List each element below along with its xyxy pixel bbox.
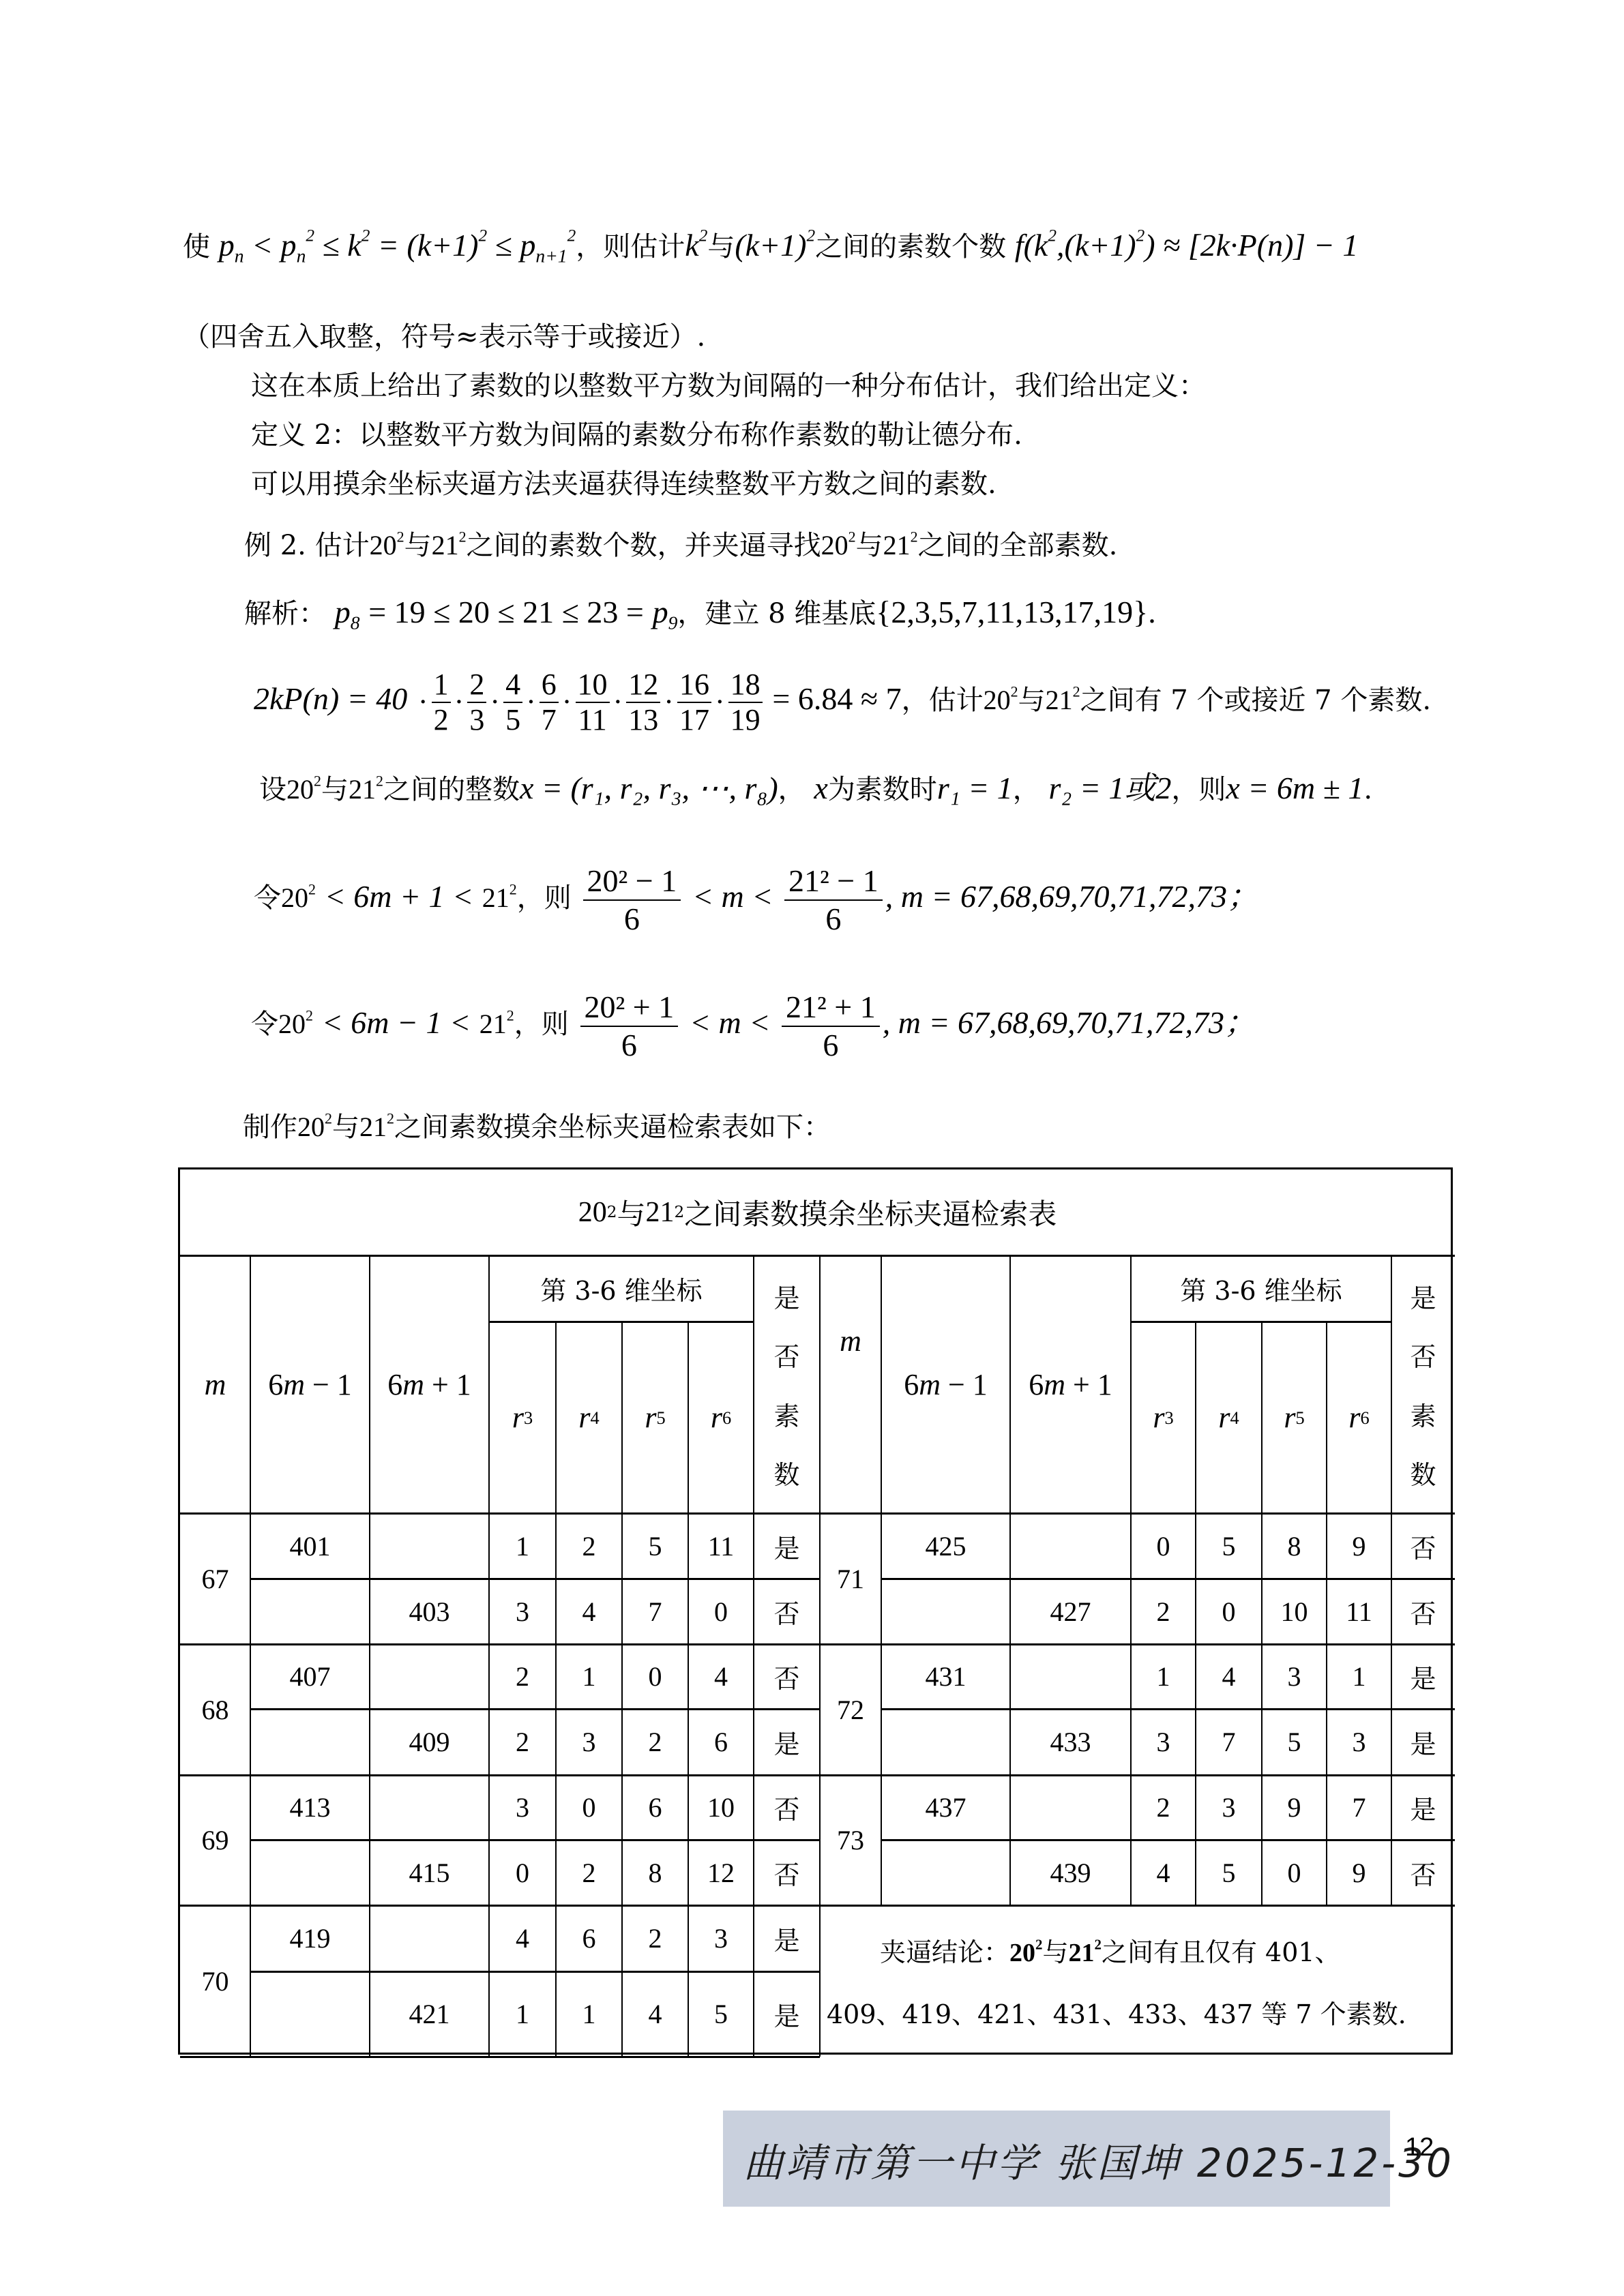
table-rule xyxy=(1261,1644,1263,1775)
multiply-dot: · xyxy=(527,665,535,740)
cell-r6: 5 xyxy=(688,1971,754,2057)
table-rule xyxy=(1195,1644,1196,1775)
inequality-chain: pn < pn2 ≤ k2 = (k+1)2 ≤ pn+12 xyxy=(219,228,576,263)
table-rule xyxy=(621,1775,623,1905)
math: x = 6m ± 1 xyxy=(1226,771,1363,805)
cell-r3: 0 xyxy=(1131,1513,1196,1579)
table-rule xyxy=(1195,1775,1196,1905)
text: 与 xyxy=(856,530,883,561)
text: 之间的全部素数. xyxy=(918,530,1118,561)
fraction: 21² + 16 xyxy=(782,989,880,1064)
cell-r3: 0 xyxy=(489,1840,556,1905)
fraction: 23 xyxy=(467,668,486,737)
cell-r3: 1 xyxy=(489,1513,556,1579)
math: p9 xyxy=(653,595,678,629)
cell-6m-plus-1 xyxy=(370,1644,489,1709)
header-6m-minus-1: 6m − 1 xyxy=(881,1255,1010,1513)
header-r6: r6 xyxy=(688,1322,754,1513)
group-m-value: 71 xyxy=(820,1513,881,1644)
math: < m < xyxy=(690,1005,770,1040)
table-rule xyxy=(621,1322,623,1513)
table-rule xyxy=(488,1513,490,1644)
cell-r3: 3 xyxy=(489,1579,556,1644)
fraction: 1011 xyxy=(576,668,610,737)
prime-chain: = 19 ≤ 20 ≤ 21 ≤ 23 = xyxy=(368,595,644,629)
fraction: 20² + 16 xyxy=(580,989,679,1064)
text: ，则估计 xyxy=(576,231,685,263)
cell-is-prime: 是 xyxy=(754,1971,820,2057)
table-rule xyxy=(753,1255,754,1513)
cell-r6: 6 xyxy=(688,1709,754,1775)
table-rule xyxy=(1391,1775,1392,1905)
header-is-prime: 是否素数 xyxy=(1391,1255,1455,1513)
ling-inequality-1: 令202 < 6m + 1 < 212，则 20² − 16 < m < 21²… xyxy=(254,856,1258,939)
table-rule xyxy=(1009,1255,1011,1513)
table-rule xyxy=(1130,1513,1132,1644)
header-6m-plus-1: 6m + 1 xyxy=(1010,1255,1131,1513)
cell-r4: 4 xyxy=(1196,1644,1262,1709)
cell-6m-plus-1: 439 xyxy=(1010,1840,1131,1905)
group-m-value: 69 xyxy=(180,1775,250,1905)
cell-r5: 3 xyxy=(1262,1644,1327,1709)
cell-is-prime: 否 xyxy=(754,1840,820,1905)
table-rule xyxy=(753,1905,754,2057)
table-rule xyxy=(250,1775,251,1905)
product-fractions: ·12·23·45·67·1011·1213·1617·1819 xyxy=(416,685,764,716)
definition-text: 以整数平方数为间隔的素数分布称作素数的勒让德分布. xyxy=(359,419,1022,451)
math: 212 xyxy=(432,530,467,561)
cell-r5: 0 xyxy=(622,1644,688,1709)
table-rule xyxy=(250,1971,820,1973)
cell-r6: 10 xyxy=(688,1775,754,1840)
cell-r5: 8 xyxy=(1262,1513,1327,1579)
text: ，则 xyxy=(517,882,572,914)
table-rule xyxy=(488,1255,490,1513)
table-rule xyxy=(555,1513,557,1644)
cell-r6: 11 xyxy=(1327,1579,1391,1644)
table-rule xyxy=(1391,1255,1392,1513)
cell-6m-plus-1 xyxy=(1010,1775,1131,1840)
text: 与 xyxy=(332,1112,359,1143)
table-rule xyxy=(555,1775,557,1905)
text: 与 xyxy=(404,530,432,561)
text: 制作 xyxy=(243,1112,297,1143)
table-rule xyxy=(753,1513,754,1644)
cell-is-prime: 是 xyxy=(1391,1709,1455,1775)
cell-r5: 8 xyxy=(622,1840,688,1905)
table-rule xyxy=(1261,1513,1263,1644)
cell-r3: 3 xyxy=(489,1775,556,1840)
table-rule xyxy=(881,1775,882,1905)
math: p8 xyxy=(335,595,360,629)
cell-r5: 10 xyxy=(1262,1579,1327,1644)
text: 与 xyxy=(1018,685,1046,716)
cell-is-prime: 否 xyxy=(1391,1513,1455,1579)
cell-is-prime: 是 xyxy=(1391,1775,1455,1840)
fraction: 12 xyxy=(432,668,451,737)
table-rule xyxy=(488,1775,490,1905)
fraction: 21² − 16 xyxy=(784,863,883,938)
cell-r6: 11 xyxy=(688,1513,754,1579)
header-is-prime: 是否素数 xyxy=(754,1255,820,1513)
prime-search-table: 202与212之间素数摸余坐标夹逼检索表m6m − 16m + 1第 3-6 维… xyxy=(178,1167,1453,2055)
table-rule xyxy=(369,1775,370,1905)
header-r3: r3 xyxy=(1131,1322,1196,1513)
vector-definition: 设202与212之间的整数x = (r₁, r₂, r₃, ⋯, r₈)， x为… xyxy=(259,769,1372,809)
cell-r4: 0 xyxy=(556,1775,622,1840)
table-rule xyxy=(250,1578,820,1580)
table-rule xyxy=(881,1839,1455,1841)
text: 之间有 7 个或接近 7 个素数. xyxy=(1080,685,1431,716)
signature-image: 曲靖市第一中学 张国坤 2025-12-30 xyxy=(723,2111,1390,2207)
m-values: , m = 67,68,69,70,71,72,73； xyxy=(885,879,1258,914)
cell-6m-minus-1 xyxy=(250,1709,370,1775)
cell-is-prime: 是 xyxy=(754,1905,820,1971)
paragraph-method: 可以用摸余坐标夹逼方法夹逼获得连续整数平方数之间的素数. xyxy=(251,465,996,503)
math: 202 xyxy=(821,530,856,561)
text: 之间的整数 xyxy=(383,774,520,805)
cell-r6: 1 xyxy=(1327,1644,1391,1709)
table-rule xyxy=(621,1513,623,1644)
text: ，建立 8 维基底 xyxy=(677,598,876,629)
product-estimate: 2kP(n) = 40 ·12·23·45·67·1011·1213·1617·… xyxy=(254,661,1431,740)
cell-r3: 4 xyxy=(489,1905,556,1971)
cell-6m-plus-1: 421 xyxy=(370,1971,489,2057)
table-rule xyxy=(688,1513,689,1644)
cell-r6: 12 xyxy=(688,1840,754,1905)
example-label: 例 2. xyxy=(244,530,306,561)
product-result: = 6.84 ≈ 7 xyxy=(772,681,901,716)
cell-6m-minus-1: 401 xyxy=(250,1513,370,1579)
table-rule xyxy=(1391,1513,1392,1644)
table-rule xyxy=(1326,1513,1327,1644)
table-rule xyxy=(621,1644,623,1775)
math: 202 xyxy=(370,530,404,561)
cell-6m-minus-1 xyxy=(881,1709,1010,1775)
estimate-formula: f(k2,(k+1)2) ≈ [2k·P(n)] − 1 xyxy=(1015,228,1359,263)
solution-label: 解析： xyxy=(244,598,326,629)
table-rule xyxy=(488,1905,490,2057)
group-m-value: 67 xyxy=(180,1513,250,1644)
text: 之间素数摸余坐标夹逼检索表如下： xyxy=(394,1112,831,1143)
cell-r6: 3 xyxy=(1327,1709,1391,1775)
cell-6m-plus-1 xyxy=(1010,1644,1131,1709)
table-rule xyxy=(881,1644,882,1775)
cell-r4: 5 xyxy=(1196,1513,1262,1579)
cell-6m-minus-1 xyxy=(250,1971,370,2057)
text: 为素数时 xyxy=(828,774,937,805)
math: x = (r₁, r₂, r₃, ⋯, r₈) xyxy=(520,771,778,805)
cell-6m-minus-1 xyxy=(881,1840,1010,1905)
page-number: 12 xyxy=(1405,2133,1434,2162)
cell-r4: 0 xyxy=(1196,1579,1262,1644)
text: ，估计 xyxy=(902,685,984,716)
multiply-dot: · xyxy=(455,665,464,740)
table-rule xyxy=(250,1255,251,1513)
cell-is-prime: 否 xyxy=(754,1775,820,1840)
cell-is-prime: 否 xyxy=(754,1579,820,1644)
cell-6m-minus-1: 425 xyxy=(881,1513,1010,1579)
fraction: 20² − 16 xyxy=(583,863,681,938)
header-char: 数 xyxy=(773,1454,799,1491)
table-rule xyxy=(688,1644,689,1775)
cell-r4: 7 xyxy=(1196,1709,1262,1775)
cell-6m-minus-1 xyxy=(881,1579,1010,1644)
cell-r3: 1 xyxy=(489,1971,556,2057)
text: 令 xyxy=(254,882,281,914)
text: 之间的素数个数，并夹逼寻找 xyxy=(467,530,821,561)
cell-is-prime: 否 xyxy=(754,1644,820,1709)
math: k2 xyxy=(685,228,707,263)
table-title: 202与212之间素数摸余坐标夹逼检索表 xyxy=(180,1169,1455,1255)
table-rule xyxy=(1195,1322,1196,1513)
cell-r4: 2 xyxy=(556,1513,622,1579)
conclusion-line-1: 夹逼结论：202与212之间有且仅有 401、 xyxy=(827,1931,1341,1969)
table-rule xyxy=(250,1708,820,1710)
cell-r3: 1 xyxy=(1131,1644,1196,1709)
math: r₁ = 1 xyxy=(937,771,1013,805)
multiply-dot: · xyxy=(614,665,623,740)
table-rule xyxy=(688,1905,689,2057)
formula-line-1: 使 pn < pn2 ≤ k2 = (k+1)2 ≤ pn+12，则估计k2与(… xyxy=(183,226,1358,266)
group-m-value: 72 xyxy=(820,1644,881,1775)
text: 使 xyxy=(183,231,210,263)
math: (k+1)2 xyxy=(735,228,815,263)
cell-r3: 3 xyxy=(1131,1709,1196,1775)
cell-r6: 0 xyxy=(688,1579,754,1644)
text: 与 xyxy=(321,774,349,805)
conclusion-cell: 夹逼结论：202与212之间有且仅有 401、409、419、421、431、4… xyxy=(820,1905,1455,2057)
table-rule xyxy=(250,1644,251,1775)
definition-label: 定义 2： xyxy=(251,419,359,451)
fraction: 1617 xyxy=(677,668,711,737)
text: 令 xyxy=(251,1009,278,1040)
table-rule xyxy=(881,1255,882,1513)
table-rule xyxy=(1009,1644,1011,1775)
table-rule xyxy=(1261,1775,1263,1905)
math: x xyxy=(814,771,827,805)
header-coord-group: 第 3-6 维坐标 xyxy=(489,1255,754,1322)
cell-6m-plus-1 xyxy=(370,1775,489,1840)
header-m: m xyxy=(820,1255,881,1513)
cell-6m-minus-1: 413 xyxy=(250,1775,370,1840)
header-r5: r5 xyxy=(622,1322,688,1513)
cell-r3: 2 xyxy=(1131,1775,1196,1840)
table-rule xyxy=(180,2056,820,2058)
cell-r3: 2 xyxy=(489,1644,556,1709)
table-rule xyxy=(621,1905,623,2057)
table-rule xyxy=(1391,1644,1392,1775)
cell-r4: 1 xyxy=(556,1644,622,1709)
table-rule xyxy=(369,1513,370,1644)
cell-r3: 2 xyxy=(1131,1579,1196,1644)
cell-r4: 6 xyxy=(556,1905,622,1971)
cell-6m-minus-1 xyxy=(250,1579,370,1644)
cell-r3: 4 xyxy=(1131,1840,1196,1905)
math: r₂ = 1或2 xyxy=(1048,771,1171,805)
text: ，则 xyxy=(514,1009,569,1040)
table-rule xyxy=(1326,1322,1327,1513)
cell-is-prime: 是 xyxy=(1391,1644,1455,1709)
table-rule xyxy=(555,1322,557,1513)
math: < 6m − 1 < xyxy=(322,1005,471,1040)
cell-6m-minus-1 xyxy=(250,1840,370,1905)
signature-text: 曲靖市第一中学 张国坤 2025-12-30 xyxy=(743,2131,1454,2188)
header-6m-minus-1: 6m − 1 xyxy=(250,1255,370,1513)
math: < 6m + 1 < xyxy=(325,879,473,914)
definition-2: 定义 2：以整数平方数为间隔的素数分布称作素数的勒让德分布. xyxy=(251,416,1022,454)
table-rule xyxy=(369,1255,370,1513)
table-rule xyxy=(369,1905,370,2057)
cell-r3: 2 xyxy=(489,1709,556,1775)
table-rule xyxy=(250,1839,820,1841)
table-rule xyxy=(753,1775,754,1905)
fraction: 67 xyxy=(540,668,559,737)
table-rule xyxy=(250,1513,251,1644)
group-m-value: 70 xyxy=(180,1905,250,2057)
cell-6m-minus-1: 419 xyxy=(250,1905,370,1971)
fraction: 1213 xyxy=(626,668,660,737)
header-char: 否 xyxy=(1410,1336,1436,1373)
table-rule xyxy=(489,1321,754,1323)
table-rule xyxy=(1261,1322,1263,1513)
table-rule xyxy=(688,1775,689,1905)
product-lhs: 2kP(n) = 40 xyxy=(254,681,407,716)
header-r3: r3 xyxy=(489,1322,556,1513)
multiply-dot: · xyxy=(664,665,673,740)
table-rule xyxy=(369,1644,370,1775)
cell-is-prime: 否 xyxy=(1391,1579,1455,1644)
multiply-dot: · xyxy=(715,665,724,740)
conclusion-line-2: 409、419、421、431、433、437 等 7 个素数. xyxy=(827,1993,1406,2031)
cell-r5: 2 xyxy=(622,1709,688,1775)
cell-r6: 9 xyxy=(1327,1840,1391,1905)
ling-inequality-2: 令202 < 6m − 1 < 212，则 20² + 16 < m < 21²… xyxy=(251,982,1256,1065)
table-rule xyxy=(753,1644,754,1775)
cell-6m-minus-1: 407 xyxy=(250,1644,370,1709)
cell-r5: 9 xyxy=(1262,1775,1327,1840)
cell-6m-plus-1 xyxy=(370,1905,489,1971)
header-coord-group: 第 3-6 维坐标 xyxy=(1131,1255,1391,1322)
table-rule xyxy=(1009,1513,1011,1644)
cell-r5: 5 xyxy=(622,1513,688,1579)
text: 设 xyxy=(259,774,286,805)
text: ， xyxy=(778,774,806,805)
solution-basis: 解析： p8 = 19 ≤ 20 ≤ 21 ≤ 23 = p9，建立 8 维基底… xyxy=(244,593,1156,633)
header-char: 数 xyxy=(1410,1454,1436,1491)
table-rule xyxy=(488,1644,490,1775)
header-r6: r6 xyxy=(1327,1322,1391,1513)
paragraph-rounding-note: （四舍五入取整，符号≈表示等于或接近）. xyxy=(183,318,705,356)
math: < m < xyxy=(692,879,773,914)
header-r4: r4 xyxy=(556,1322,622,1513)
cell-r6: 4 xyxy=(688,1644,754,1709)
table-rule xyxy=(250,1905,251,2057)
table-rule xyxy=(1130,1644,1132,1775)
header-char: 是 xyxy=(773,1277,799,1315)
cell-r4: 5 xyxy=(1196,1840,1262,1905)
table-rule xyxy=(881,1578,1455,1580)
table-rule xyxy=(881,1513,882,1644)
cell-is-prime: 是 xyxy=(754,1709,820,1775)
cell-r5: 0 xyxy=(1262,1840,1327,1905)
header-r5: r5 xyxy=(1262,1322,1327,1513)
table-intro: 制作202与212之间素数摸余坐标夹逼检索表如下： xyxy=(243,1108,831,1146)
cell-r4: 1 xyxy=(556,1971,622,2057)
cell-r6: 7 xyxy=(1327,1775,1391,1840)
cell-r5: 4 xyxy=(622,1971,688,2057)
basis-set: {2,3,5,7,11,13,17,19}. xyxy=(876,595,1155,629)
header-char: 是 xyxy=(1410,1277,1436,1315)
group-m-value: 68 xyxy=(180,1644,250,1775)
cell-r5: 2 xyxy=(622,1905,688,1971)
cell-6m-plus-1 xyxy=(1010,1513,1131,1579)
cell-is-prime: 否 xyxy=(1391,1840,1455,1905)
header-r4: r4 xyxy=(1196,1322,1262,1513)
cell-6m-minus-1: 437 xyxy=(881,1775,1010,1840)
cell-r6: 3 xyxy=(688,1905,754,1971)
cell-r4: 3 xyxy=(1196,1775,1262,1840)
paragraph-distribution: 这在本质上给出了素数的以整数平方数为间隔的一种分布估计，我们给出定义： xyxy=(251,367,1206,405)
text: 之间的素数个数 xyxy=(815,231,1006,263)
header-char: 素 xyxy=(773,1395,799,1433)
cell-r5: 5 xyxy=(1262,1709,1327,1775)
group-m-value: 73 xyxy=(820,1775,881,1905)
multiply-dot: · xyxy=(419,665,428,740)
table-rule xyxy=(1131,1321,1391,1323)
multiply-dot: · xyxy=(490,665,499,740)
multiply-dot: · xyxy=(563,665,572,740)
cell-6m-plus-1: 427 xyxy=(1010,1579,1131,1644)
cell-r5: 7 xyxy=(622,1579,688,1644)
cell-is-prime: 是 xyxy=(754,1513,820,1579)
table-rule xyxy=(1326,1644,1327,1775)
cell-6m-plus-1: 403 xyxy=(370,1579,489,1644)
header-6m-plus-1: 6m + 1 xyxy=(370,1255,489,1513)
m-values: , m = 67,68,69,70,71,72,73； xyxy=(883,1005,1256,1040)
table-rule xyxy=(1326,1775,1327,1905)
table-rule xyxy=(1195,1513,1196,1644)
cell-r4: 4 xyxy=(556,1579,622,1644)
cell-6m-plus-1: 415 xyxy=(370,1840,489,1905)
header-char: 素 xyxy=(1410,1395,1436,1433)
table-rule xyxy=(555,1905,557,2057)
cell-r5: 6 xyxy=(622,1775,688,1840)
table-rule xyxy=(1009,1775,1011,1905)
math: 212 xyxy=(883,530,918,561)
table-rule xyxy=(881,1708,1455,1710)
fraction: 1819 xyxy=(728,668,763,737)
cell-r4: 3 xyxy=(556,1709,622,1775)
cell-6m-plus-1: 409 xyxy=(370,1709,489,1775)
table-rule xyxy=(1130,1775,1132,1905)
fraction: 45 xyxy=(503,668,522,737)
cell-6m-plus-1 xyxy=(370,1513,489,1579)
table-rule xyxy=(555,1644,557,1775)
cell-6m-minus-1: 431 xyxy=(881,1644,1010,1709)
cell-r4: 2 xyxy=(556,1840,622,1905)
text: ，则 xyxy=(1171,774,1226,805)
text: 估计 xyxy=(315,530,370,561)
text: 与 xyxy=(707,231,735,263)
example-2: 例 2. 估计202与212之间的素数个数，并夹逼寻找202与212之间的全部素… xyxy=(244,526,1117,565)
header-char: 否 xyxy=(773,1336,799,1373)
table-rule xyxy=(1130,1255,1132,1513)
header-m: m xyxy=(180,1255,250,1513)
cell-r6: 9 xyxy=(1327,1513,1391,1579)
cell-6m-plus-1: 433 xyxy=(1010,1709,1131,1775)
table-rule xyxy=(688,1322,689,1513)
